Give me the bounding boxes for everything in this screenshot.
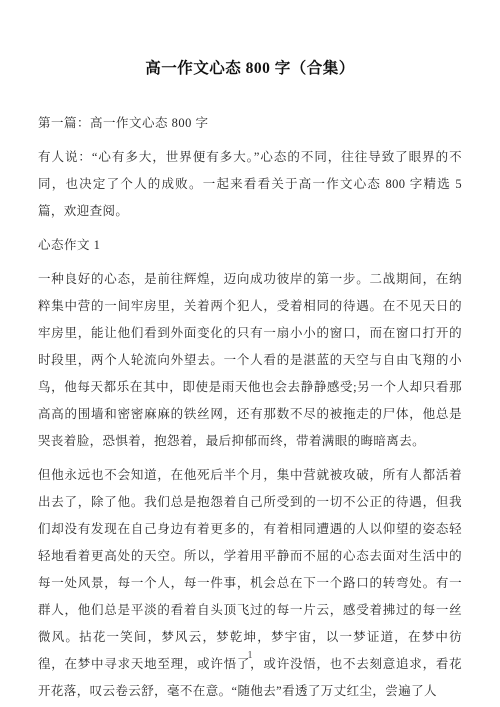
- document-title: 高一作文心态 800 字（合集）: [38, 58, 462, 80]
- body-paragraph-2: 但他永远也不会知道，在他死后半个月，集中营就被攻破，所有人都活着出去了，除了他。…: [38, 462, 462, 705]
- intro-paragraph: 有人说：“心有多大，世界便有多大。”心态的不同，往往导致了眼界的不同，也决定了个…: [38, 144, 462, 225]
- body-paragraph-1: 一种良好的心态，是前往辉煌，迈向成功彼岸的第一步。二战期间，在纳粹集中营的一间牢…: [38, 266, 462, 455]
- page-number: 1: [0, 650, 500, 661]
- section-heading: 第一篇：高一作文心态 800 字: [38, 110, 462, 137]
- document-page: 高一作文心态 800 字（合集） 第一篇：高一作文心态 800 字 有人说：“心…: [0, 0, 500, 707]
- essay-subheading: 心态作文 1: [38, 232, 462, 259]
